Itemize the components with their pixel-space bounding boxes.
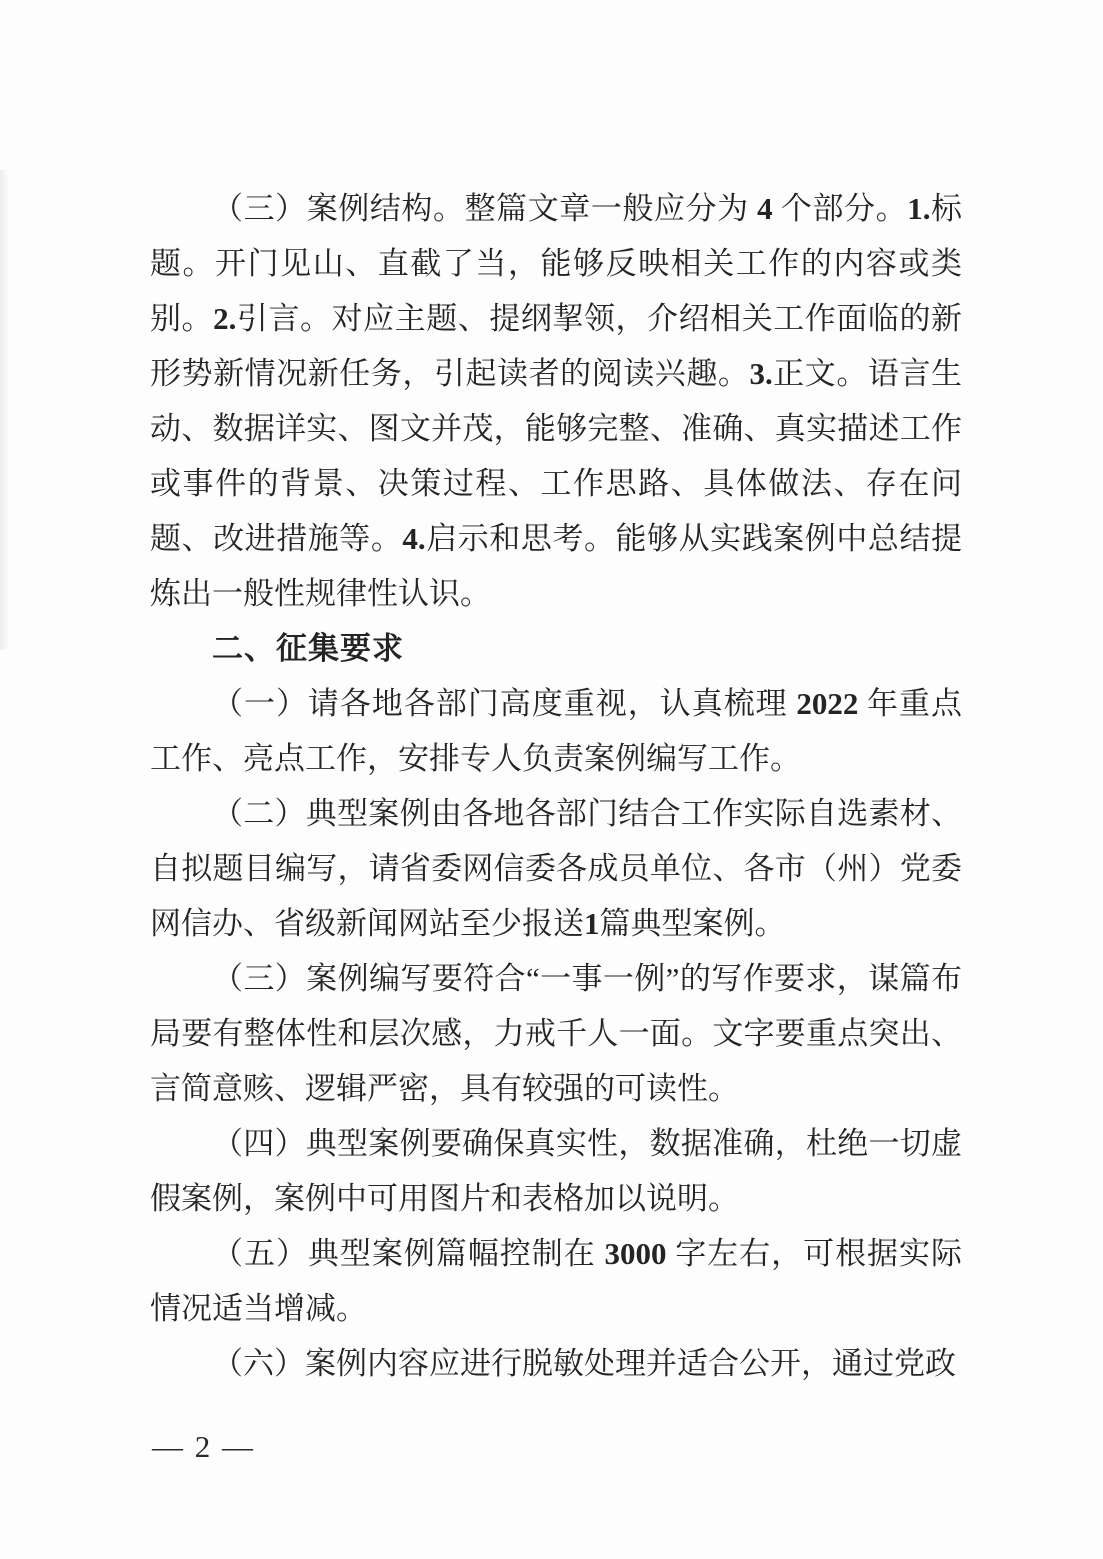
paragraph-req-4: （四）典型案例要确保真实性，数据准确，杜绝一切虚假案例，案例中可用图片和表格加以… — [150, 1116, 962, 1226]
text-run: （六）案例内容应进行脱敏处理并适合公开，通过党政 — [212, 1346, 956, 1381]
text-run: 篇典型案例。 — [600, 906, 786, 941]
text-run: 个部分。 — [773, 191, 908, 226]
paragraph-req-3: （三）案例编写要符合“一事一例”的写作要求，谋篇布局要有整体性和层次感，力戒千人… — [150, 951, 962, 1116]
text-run: （四）典型案例要确保真实性，数据准确，杜绝一切虚假案例，案例中可用图片和表格加以… — [150, 1126, 962, 1216]
paragraph-case-structure: （三）案例结构。整篇文章一般应分为 4 个部分。1.标题。开门见山、直截了当，能… — [150, 181, 962, 621]
bold-number: 4 — [757, 191, 773, 226]
bold-number: 3000 — [604, 1236, 666, 1271]
scanned-document-page: （三）案例结构。整篇文章一般应分为 4 个部分。1.标题。开门见山、直截了当，能… — [0, 0, 1103, 1559]
paragraph-req-2: （二）典型案例由各地各部门结合工作实际自选素材、自拟题目编写，请省委网信委各成员… — [150, 786, 962, 951]
heading-collection-requirements: 二、征集要求 — [150, 621, 962, 676]
bold-number: 2. — [213, 301, 236, 336]
text-run: （三）案例编写要符合“一事一例”的写作要求，谋篇布局要有整体性和层次感，力戒千人… — [150, 961, 962, 1106]
bold-number: 4. — [402, 521, 425, 556]
bold-number: 1 — [584, 906, 600, 941]
bold-number: 3. — [749, 356, 772, 391]
text-run: （三）案例结构。整篇文章一般应分为 — [212, 191, 757, 226]
heading-text: 二、征集要求 — [212, 631, 404, 666]
document-body: （三）案例结构。整篇文章一般应分为 4 个部分。1.标题。开门见山、直截了当，能… — [150, 181, 962, 1391]
bold-number: 1. — [907, 191, 930, 226]
text-run: （五）典型案例篇幅控制在 — [212, 1236, 604, 1271]
scan-edge-artifact — [0, 170, 9, 650]
bold-number: 2022 — [796, 686, 858, 721]
page-number: — 2 — — [152, 1427, 255, 1467]
paragraph-req-5: （五）典型案例篇幅控制在 3000 字左右，可根据实际情况适当增减。 — [150, 1226, 962, 1336]
paragraph-req-6: （六）案例内容应进行脱敏处理并适合公开，通过党政 — [150, 1336, 962, 1391]
text-run: （一）请各地各部门高度重视，认真梳理 — [212, 686, 796, 721]
text-run: （二）典型案例由各地各部门结合工作实际自选素材、自拟题目编写，请省委网信委各成员… — [150, 796, 962, 941]
paragraph-req-1: （一）请各地各部门高度重视，认真梳理 2022 年重点工作、亮点工作，安排专人负… — [150, 676, 962, 786]
